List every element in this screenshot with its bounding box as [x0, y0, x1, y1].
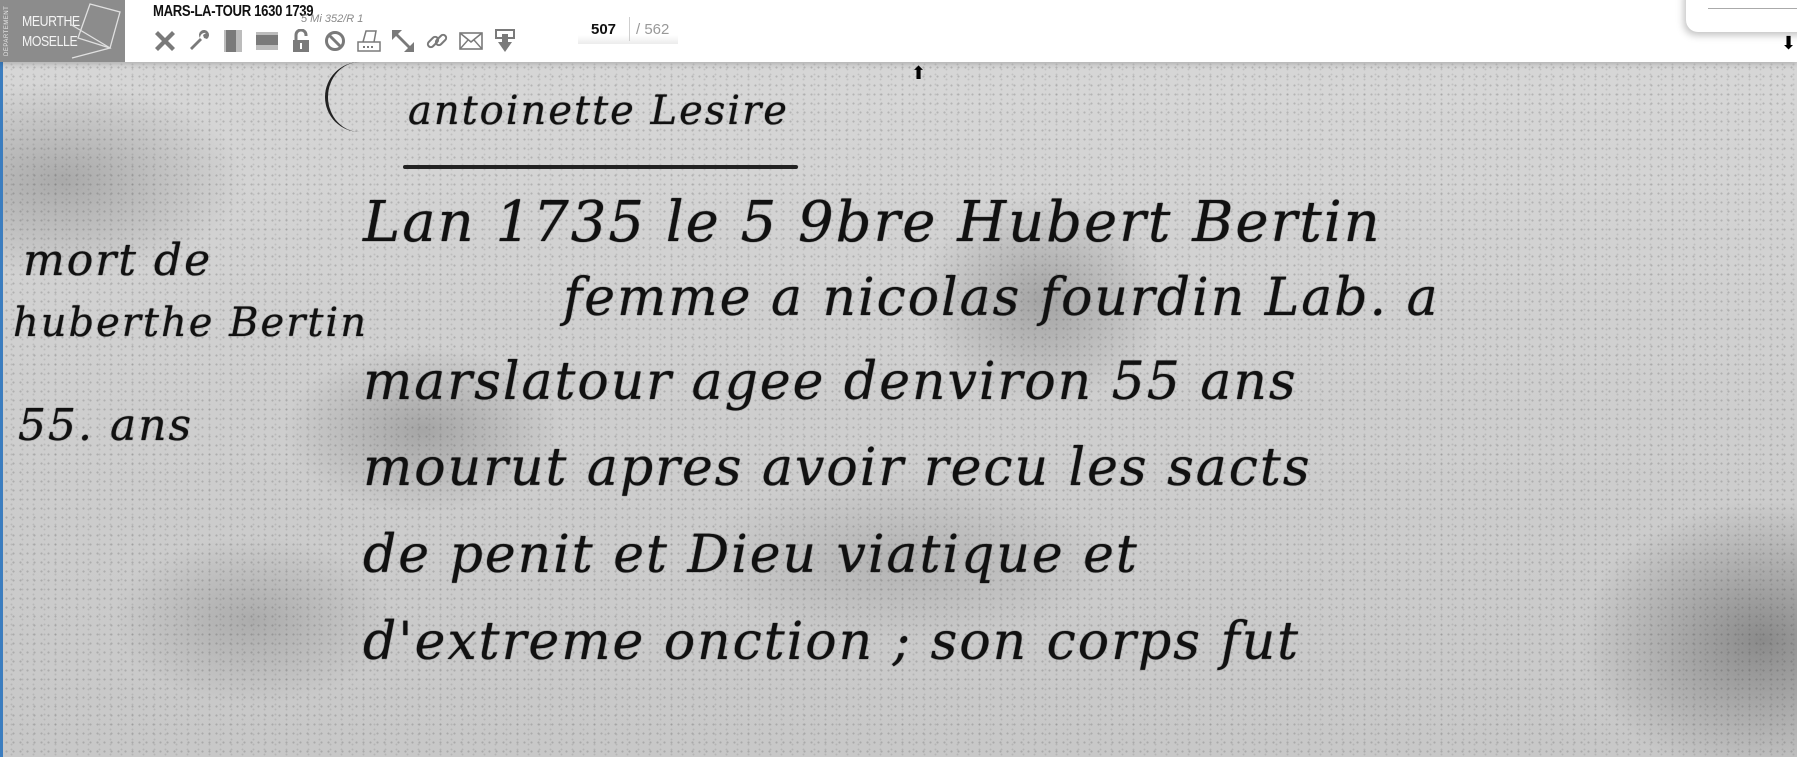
manuscript-underline	[403, 165, 798, 169]
manuscript-line: d'extreme onction ; son corps fut	[363, 612, 1300, 672]
document-image-viewer[interactable]: antoinette Lesire mort de huberthe Berti…	[0, 0, 1797, 757]
manuscript-line: de penit et Dieu viatique et	[363, 525, 1139, 585]
expand-arrow-icon	[391, 29, 415, 53]
margin-note-line: 55. ans	[18, 400, 193, 451]
cancel-button[interactable]	[322, 28, 347, 54]
download-button[interactable]	[492, 28, 517, 54]
logo-square-icon	[68, 2, 123, 60]
fit-width-button[interactable]	[254, 28, 279, 54]
manuscript-line: Lan 1735 le 5 9bre Hubert Bertin	[363, 190, 1382, 255]
link-button[interactable]	[424, 28, 449, 54]
page-navigator: / 562	[578, 14, 678, 44]
manuscript-line: femme a nicolas fourdin Lab. a	[563, 268, 1440, 328]
email-button[interactable]	[458, 28, 483, 54]
department-logo[interactable]: DÉPARTEMENT MEURTHE MOSELLE	[0, 0, 125, 62]
unlock-icon	[292, 29, 310, 53]
settings-button[interactable]	[186, 28, 211, 54]
margin-note-line: huberthe Bertin	[13, 300, 368, 346]
link-icon	[426, 30, 448, 52]
printer-icon	[357, 30, 381, 52]
page-number-input[interactable]	[578, 17, 630, 41]
print-button[interactable]	[356, 28, 381, 54]
manuscript-line: mourut apres avoir recu les sacts	[363, 438, 1312, 498]
scroll-up-arrow-icon[interactable]: ⬆	[911, 64, 926, 82]
fit-width-icon	[255, 31, 279, 51]
manuscript-title: antoinette Lesire	[408, 88, 789, 134]
scroll-down-arrow-icon[interactable]: ⬇	[1781, 34, 1796, 52]
unlock-button[interactable]	[288, 28, 313, 54]
ban-icon	[324, 30, 346, 52]
viewer-toolbar	[152, 28, 517, 54]
wrench-icon	[188, 30, 210, 52]
page-total: / 562	[636, 21, 669, 38]
search-field-underline[interactable]	[1708, 8, 1797, 9]
fit-height-button[interactable]	[220, 28, 245, 54]
search-panel[interactable]	[1686, 0, 1797, 32]
manuscript-line: marslatour agee denviron 55 ans	[363, 352, 1298, 412]
download-icon	[495, 29, 515, 53]
document-title: MARS-LA-TOUR 1630 1739	[153, 3, 313, 21]
envelope-icon	[459, 32, 483, 50]
close-icon	[154, 30, 176, 52]
viewer-header: DÉPARTEMENT MEURTHE MOSELLE MARS-LA-TOUR…	[0, 0, 1797, 62]
fit-height-icon	[223, 29, 243, 53]
fullscreen-button[interactable]	[390, 28, 415, 54]
margin-note-line: mort de	[23, 235, 212, 286]
close-button[interactable]	[152, 28, 177, 54]
logo-department-label: DÉPARTEMENT	[4, 6, 16, 56]
document-reference: 5 Mi 352/R 1	[301, 13, 363, 25]
